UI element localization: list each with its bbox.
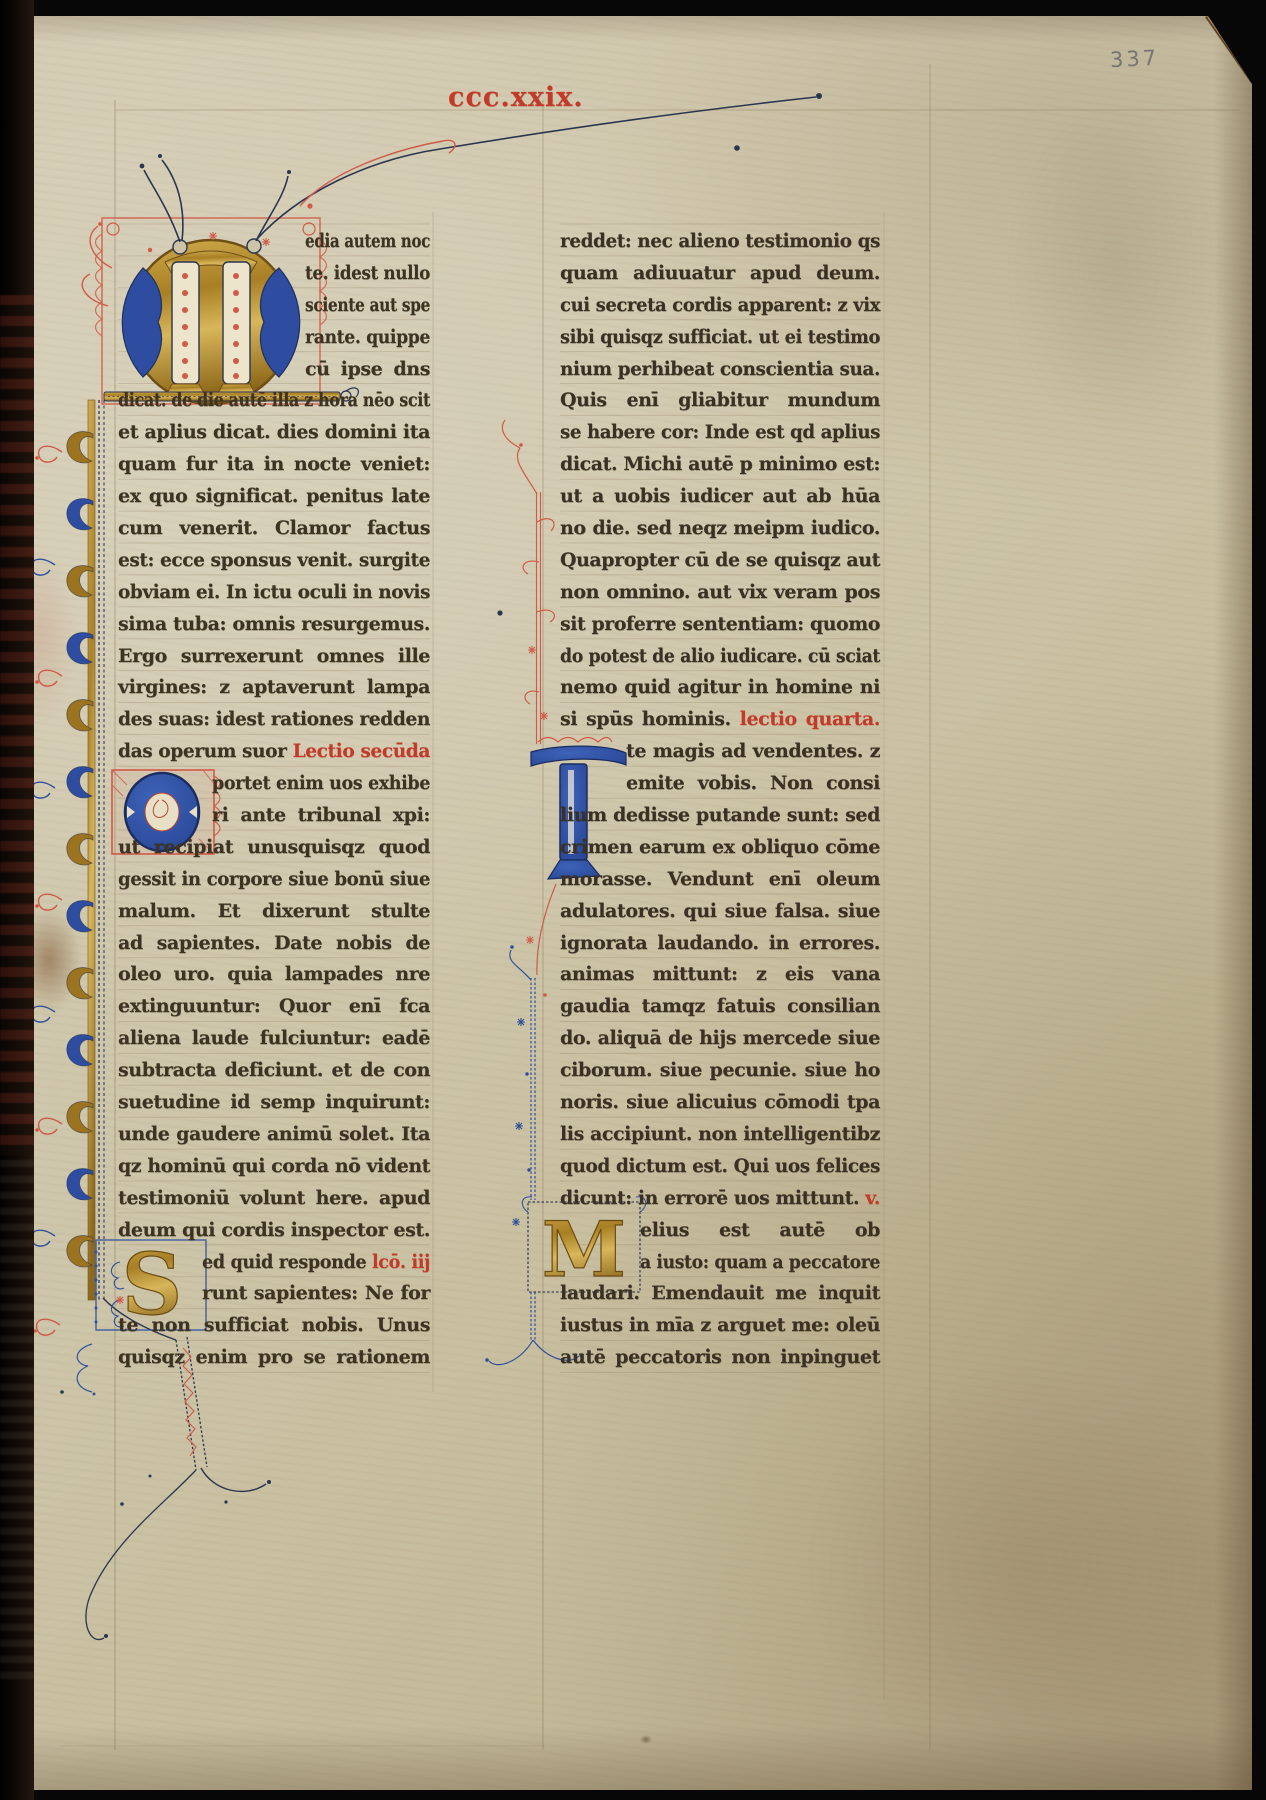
line-text: malum. Et dixerunt stulte <box>118 900 430 922</box>
text-line: sima tuba: omnis resurgemus. <box>118 609 430 641</box>
line-text: subtracta deficiunt. et de con <box>118 1059 430 1081</box>
text-line: do. aliquā de hijs mercede siue <box>560 1023 880 1055</box>
line-text: reddet: nec alieno testimonio qs <box>560 230 880 252</box>
line-text: do. aliquā de hijs mercede siue <box>560 1027 880 1049</box>
line-text: adulatores. qui siue falsa. siue <box>560 900 880 922</box>
line-text: non omnino. aut vix veram pos <box>560 581 880 603</box>
text-line: malum. Et dixerunt stulte <box>118 896 430 928</box>
line-text: no die. sed neqz meipm iudico. <box>560 517 880 539</box>
text-line: no die. sed neqz meipm iudico. <box>560 513 880 545</box>
text-line: unde gaudere animū solet. Ita <box>118 1119 430 1151</box>
page-edges-red <box>0 295 34 1155</box>
text-line: ex quo significat. penitus late <box>118 481 430 513</box>
text-line: lium dedisse putande sunt: sed <box>560 800 880 832</box>
line-text: des suas: idest rationes redden <box>118 708 430 730</box>
folio-number-pencil: 337 <box>1109 46 1159 73</box>
text-line: iustus in mīa z arguet me: oleū <box>560 1310 880 1342</box>
text-line: emite vobis. Non consi <box>560 768 880 800</box>
line-text: Quis enī gliabitur mundum <box>560 389 880 411</box>
text-line: dicat. Michi autē p minimo est: <box>560 449 880 481</box>
line-text: sibi quisqz sufficiat. ut ei testimo <box>560 326 880 348</box>
text-line: dicunt: in errorē uos mittunt. v. <box>560 1183 880 1215</box>
line-text: qz hominū qui corda nō vident <box>118 1155 430 1177</box>
line-text: gaudia tamqz fatuis consilian <box>560 995 880 1017</box>
text-line: virgines: z aptaverunt lampa <box>118 672 430 704</box>
text-line: reddet: nec alieno testimonio qs <box>560 226 880 258</box>
text-line: ut a uobis iudicer aut ab hūa <box>560 481 880 513</box>
text-line: testimoniū volunt here. apud <box>118 1183 430 1215</box>
line-text: lis accipiunt. non intelligentibz <box>560 1123 880 1145</box>
line-text: runt sapientes: Ne for <box>202 1282 430 1304</box>
text-line: sibi quisqz sufficiat. ut ei testimo <box>560 322 880 354</box>
text-line: noris. siue alicuius cōmodi tpa <box>560 1087 880 1119</box>
line-text: rante. quippe <box>305 326 430 348</box>
text-line: extinguuntur: Quor enī fca <box>118 991 430 1023</box>
line-text: suetudine id semp inquirunt: <box>118 1091 430 1113</box>
line-text: cui secreta cordis apparent: z vix <box>560 294 880 316</box>
text-line: portet enim uos exhibe <box>118 768 430 800</box>
stain <box>1010 110 1220 430</box>
text-line: subtracta deficiunt. et de con <box>118 1055 430 1087</box>
text-line: quam adiuuatur apud deum. <box>560 258 880 290</box>
text-line: te. idest nullo <box>118 258 430 290</box>
line-text: aliena laude fulciuntur: eadē <box>118 1027 430 1049</box>
text-column-right: reddet: nec alieno testimonio qsquam adi… <box>560 226 880 1374</box>
text-line: cum venerit. Clamor factus <box>118 513 430 545</box>
text-line: ed quid responde lcō. iij <box>118 1247 430 1279</box>
line-text: te. idest nullo <box>305 262 430 284</box>
ink-speck <box>640 1735 652 1744</box>
text-line: quam fur ita in nocte veniet: <box>118 449 430 481</box>
line-text: est: ecce sponsus venit. surgite <box>118 549 430 571</box>
text-line: elius est autē ob <box>560 1215 880 1247</box>
line-text: iustus in mīa z arguet me: oleū <box>560 1314 880 1336</box>
line-text: deum qui cordis inspector est. <box>118 1219 430 1241</box>
line-text: oleo uro. quia lampades nre <box>118 963 430 985</box>
text-line: ignorata laudando. in errores. <box>560 928 880 960</box>
line-text: quam adiuuatur apud deum. <box>560 262 880 284</box>
line-text: ad sapientes. Date nobis de <box>118 932 430 954</box>
text-line: dicat. de die autē illa z hora nēo scit <box>118 385 430 417</box>
text-line: se habere cor: Inde est qd aplius <box>560 417 880 449</box>
text-line: deum qui cordis inspector est. <box>118 1215 430 1247</box>
edge-shadow-right <box>1214 16 1252 1790</box>
text-line: obviam ei. In ictu oculi in novis <box>118 577 430 609</box>
text-line: sciente aut spe <box>118 290 430 322</box>
text-line: edia autem noc <box>118 226 430 258</box>
line-text: cū ipse dns <box>305 358 430 380</box>
text-line: animas mittunt: z eis vana <box>560 959 880 991</box>
rubric: lcō. iij <box>366 1251 430 1273</box>
text-line: non omnino. aut vix veram pos <box>560 577 880 609</box>
line-text: elius est autē ob <box>640 1219 880 1241</box>
line-text: das operum suor <box>118 740 287 762</box>
line-text: morasse. Vendunt enī oleum <box>560 868 880 890</box>
line-text: virgines: z aptaverunt lampa <box>118 676 430 698</box>
edge-shadow-top <box>34 16 1252 42</box>
line-text: ed quid responde <box>202 1251 366 1273</box>
line-text: te magis ad vendentes. z <box>626 740 880 762</box>
line-text: gessit in corpore siue bonū siue <box>118 868 430 890</box>
line-text: sima tuba: omnis resurgemus. <box>118 613 430 635</box>
line-text: a iusto: quam a peccatore <box>640 1251 880 1273</box>
line-text: et aplius dicat. dies domini ita <box>118 421 430 443</box>
line-text: nemo quid agitur in homine ni <box>560 676 880 698</box>
text-line: rante. quippe <box>118 322 430 354</box>
line-text: testimoniū volunt here. apud <box>118 1187 430 1209</box>
line-text: ut a uobis iudicer aut ab hūa <box>560 485 880 507</box>
border-bar <box>28 400 104 1335</box>
text-line: ri ante tribunal xpi: <box>118 800 430 832</box>
manuscript-page: S <box>0 0 1266 1800</box>
line-text: laudari. Emendauit me inquit <box>560 1282 880 1304</box>
text-line: cū ipse dns <box>118 354 430 386</box>
text-line: morasse. Vendunt enī oleum <box>560 864 880 896</box>
text-line: te magis ad vendentes. z <box>560 736 880 768</box>
text-line: des suas: idest rationes redden <box>118 704 430 736</box>
line-text: nium perhibeat conscientia sua. <box>560 358 880 380</box>
line-text: lium dedisse putande sunt: sed <box>560 804 880 826</box>
text-line: Quis enī gliabitur mundum <box>560 385 880 417</box>
line-text: do potest de alio iudicare. cū sciat <box>560 645 880 667</box>
line-text: ciborum. siue pecunie. siue ho <box>560 1059 880 1081</box>
text-line: das operum suor Lectio secūda <box>118 736 430 768</box>
text-line: a iusto: quam a peccatore <box>560 1247 880 1279</box>
text-line: ciborum. siue pecunie. siue ho <box>560 1055 880 1087</box>
line-text: sit proferre sententiam: quomo <box>560 613 880 635</box>
line-text: quod dictum est. Qui uos felices <box>560 1155 880 1177</box>
text-line: te non sufficiat nobis. Unus <box>118 1310 430 1342</box>
text-line: gaudia tamqz fatuis consilian <box>560 991 880 1023</box>
line-text: edia autem noc <box>305 230 430 252</box>
edge-shadow-bottom <box>34 1726 1252 1790</box>
text-line: cui secreta cordis apparent: z vix <box>560 290 880 322</box>
line-text: quisqz enim pro se rationem <box>118 1346 430 1368</box>
line-text: dicunt: in errorē uos mittunt. <box>560 1187 859 1209</box>
text-line: Ergo surrexerunt omnes ille <box>118 641 430 673</box>
line-text: te non sufficiat nobis. Unus <box>118 1314 430 1336</box>
text-line: laudari. Emendauit me inquit <box>560 1278 880 1310</box>
text-line: autē peccatoris non inpinguet <box>560 1342 880 1374</box>
text-line: nemo quid agitur in homine ni <box>560 672 880 704</box>
line-text: extinguuntur: Quor enī fca <box>118 995 430 1017</box>
line-text: cum venerit. Clamor factus <box>118 517 430 539</box>
line-text: noris. siue alicuius cōmodi tpa <box>560 1091 880 1113</box>
folio-number-roman: ccc.xxix. <box>448 82 576 113</box>
line-text: quam fur ita in nocte veniet: <box>118 453 430 475</box>
line-text: obviam ei. In ictu oculi in novis <box>118 581 430 603</box>
text-line: oleo uro. quia lampades nre <box>118 959 430 991</box>
line-text: ri ante tribunal xpi: <box>212 804 430 826</box>
manuscript-photo: S <box>0 0 1266 1800</box>
text-line: et aplius dicat. dies domini ita <box>118 417 430 449</box>
rubric: Lectio secūda <box>287 740 430 762</box>
text-line: ut recipiat unusquisqz quod <box>118 832 430 864</box>
line-text: si spūs hominis. <box>560 708 731 730</box>
pen-flourish-antennae <box>144 97 816 242</box>
text-line: suetudine id semp inquirunt: <box>118 1087 430 1119</box>
text-line: est: ecce sponsus venit. surgite <box>118 545 430 577</box>
page-edges-grey <box>0 1160 34 1680</box>
line-text: ut recipiat unusquisqz quod <box>118 836 430 858</box>
text-line: Quapropter cū de se quisqz aut <box>560 545 880 577</box>
text-line: do potest de alio iudicare. cū sciat <box>560 641 880 673</box>
line-text: Ergo surrexerunt omnes ille <box>118 645 430 667</box>
text-line: nium perhibeat conscientia sua. <box>560 354 880 386</box>
text-line: aliena laude fulciuntur: eadē <box>118 1023 430 1055</box>
line-text: animas mittunt: z eis vana <box>560 963 880 985</box>
text-line: qz hominū qui corda nō vident <box>118 1151 430 1183</box>
text-line: gessit in corpore siue bonū siue <box>118 864 430 896</box>
line-text: crimen earum ex obliquo cōme <box>560 836 880 858</box>
text-column-left: edia autem nocte. idest nullosciente aut… <box>118 226 430 1374</box>
line-text: sciente aut spe <box>305 294 430 316</box>
page-corner-fold <box>1206 17 1252 83</box>
book-edge <box>0 0 34 1800</box>
stain <box>810 1370 1240 1760</box>
line-text: Quapropter cū de se quisqz aut <box>560 549 880 571</box>
text-line: si spūs hominis. lectio quarta. <box>560 704 880 736</box>
text-line: adulatores. qui siue falsa. siue <box>560 896 880 928</box>
text-line: quisqz enim pro se rationem <box>118 1342 430 1374</box>
line-text: autē peccatoris non inpinguet <box>560 1346 880 1368</box>
line-text: ex quo significat. penitus late <box>118 485 430 507</box>
text-line: sit proferre sententiam: quomo <box>560 609 880 641</box>
line-text: ignorata laudando. in errores. <box>560 932 880 954</box>
rubric: lectio quarta. <box>731 708 880 730</box>
text-line: ad sapientes. Date nobis de <box>118 928 430 960</box>
text-line: quod dictum est. Qui uos felices <box>560 1151 880 1183</box>
line-text: se habere cor: Inde est qd aplius <box>560 421 880 443</box>
rubric: v. <box>859 1187 880 1209</box>
text-line: lis accipiunt. non intelligentibz <box>560 1119 880 1151</box>
text-line: crimen earum ex obliquo cōme <box>560 832 880 864</box>
line-text: dicat. Michi autē p minimo est: <box>560 453 880 475</box>
line-text: unde gaudere animū solet. Ita <box>118 1123 430 1145</box>
line-text: emite vobis. Non consi <box>626 772 880 794</box>
text-line: runt sapientes: Ne for <box>118 1278 430 1310</box>
line-text: portet enim uos exhibe <box>212 772 430 794</box>
line-text: dicat. de die autē illa z hora nēo scit <box>118 389 430 411</box>
